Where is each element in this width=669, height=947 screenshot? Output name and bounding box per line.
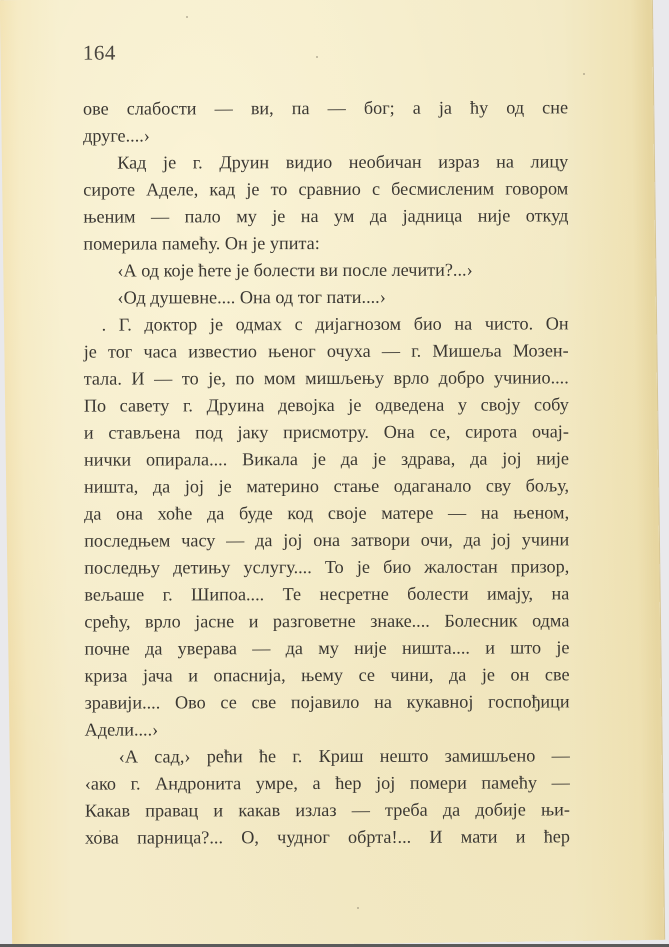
text-line: хова парница?... О, чудног обрта!... И м… (85, 823, 570, 851)
text-line: ‹Од душевне.... Она од тог пати....› (84, 283, 569, 311)
text-line: ‹А сад,› рећи ће г. Криш нешто замишљено… (85, 742, 570, 770)
text-line: и стављена под јаку присмотру. Она се, с… (84, 418, 569, 446)
text-line: је тог часа известио њеног очуха — г. Ми… (84, 337, 569, 365)
body-text: ове слабости — ви, па — бог; а ја ћу од … (83, 94, 570, 851)
paper-speck (99, 830, 101, 832)
paper-speck (583, 73, 585, 75)
text-line: По савету г. Друина девојка је одведена … (84, 391, 569, 419)
text-line: ‹А од које ћете је болести ви после лечи… (83, 256, 568, 284)
text-line: ове слабости — ви, па — бог; а ја ћу од … (83, 94, 568, 122)
page-number: 164 (83, 41, 116, 66)
paper-speck (357, 907, 359, 909)
text-line: сироте Аделе, кад је то сравнио с бесмис… (83, 175, 568, 203)
text-line: последњу детињу услугу.... То је био жал… (84, 553, 569, 581)
text-line: ништа, да јој је материно стање одаганал… (84, 472, 569, 500)
text-line: срећу, врло јасне и разговетне знаке....… (84, 607, 569, 635)
text-line: Адели....› (85, 715, 570, 743)
text-line: нички опирала.... Викала је да је здрава… (84, 445, 569, 473)
text-line: тала. И — то је, по мом мишљењу врло доб… (84, 364, 569, 392)
scanned-page-viewer: 164 ове слабости — ви, па — бог; а ја ћу… (0, 0, 669, 947)
text-line: криза јача и опаснија, њему се чини, да … (84, 661, 569, 689)
text-line: да она хоће да буде код своје матере — н… (84, 499, 569, 527)
paper-speck (316, 56, 318, 58)
text-line: друге....› (83, 121, 568, 149)
page-content: 164 ове слабости — ви, па — бог; а ја ћу… (0, 0, 669, 947)
text-line: њеним — пало му је на ум да јадница није… (83, 202, 568, 230)
text-line: . Г. доктор је одмах с дијагнозом био на… (84, 310, 569, 338)
text-line: зравији.... Ово се све појавило на кукав… (85, 688, 570, 716)
text-line: ‹ако г. Андронита умре, а ћер јој помери… (85, 769, 570, 797)
text-line: Кад је г. Друин видио необичан израз на … (83, 148, 568, 176)
text-line: последњем часу — да јој она затвори очи,… (84, 526, 569, 554)
text-line: Какав правац и какав излаз — треба да до… (85, 796, 570, 824)
paper-speck (186, 16, 188, 18)
text-line: вељаше г. Шипоа.... Те несретне болести … (84, 580, 569, 608)
text-line: померила памећу. Он је упита: (83, 229, 568, 257)
text-line: почне да уверава — да му није ништа.... … (84, 634, 569, 662)
